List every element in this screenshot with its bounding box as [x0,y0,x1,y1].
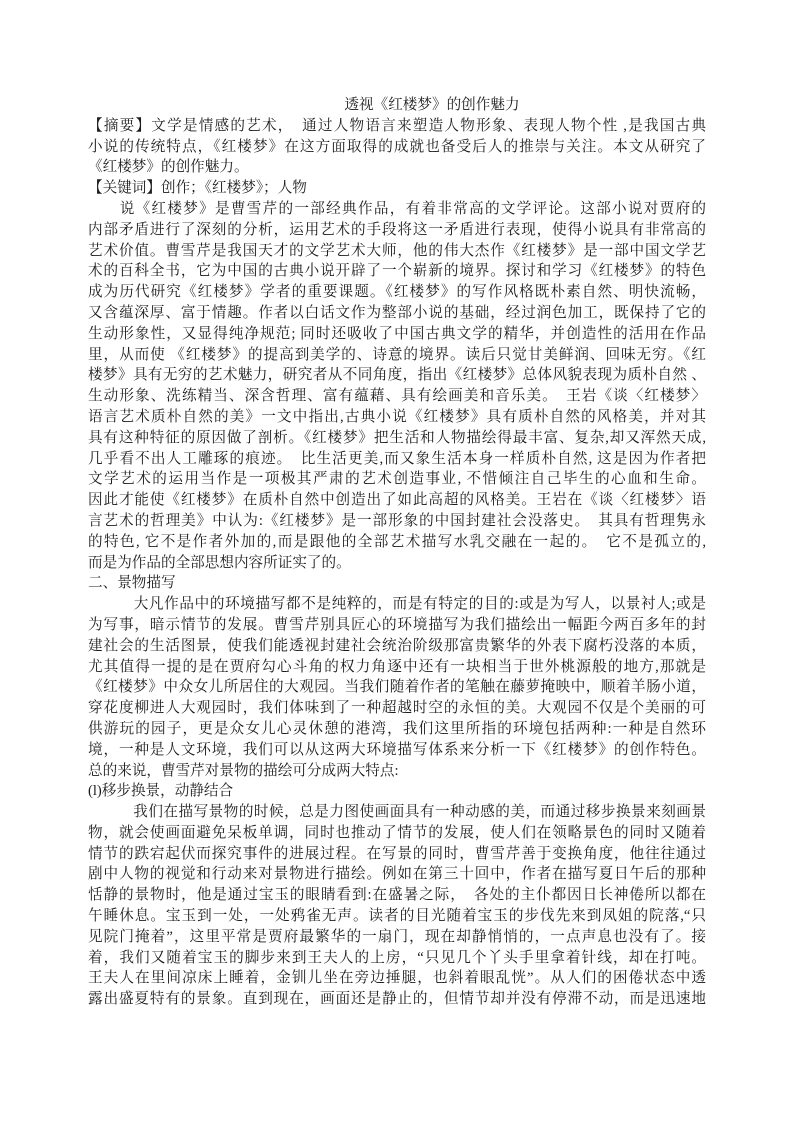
text-line: 午睡休息。宝玉到一处，一处鸦雀无声。读者的目光随着宝玉的步伐先来到凤姐的院落,“… [88,906,706,927]
document-page: 透视《红楼梦》的创作魅力 【摘要】文学是情感的艺术， 通过人物语言来塑造人物形象… [0,0,793,1122]
text-line: 露出盛夏特有的景象。直到现在，画面还是静止的，但情节却并没有停滞不动，而是迅速地 [88,989,706,1010]
text-line: 因此才能使《红楼梦》在质朴自然中创造出了如此高超的风格美。王岩在《谈〈红楼梦〉语 [88,490,706,511]
text-line: 的特色, 它不是作者外加的,而是跟他的全部艺术描写水乳交融在一起的。 它不是孤立… [88,532,706,553]
text-line: 王夫人在里间凉床上睡着，金钏儿坐在旁边捶腿，也斜着眼乱恍”。从人们的困倦状态中透 [88,968,706,989]
text-line: 供游玩的园子，更是众女儿心灵休憩的港湾，我们这里所指的环境包括两种:一种是自然环 [88,719,706,740]
text-line: 穿花度柳进人大观园时，我们体味到了一种超越时空的永恒的美。大观园不仅是个美丽的可 [88,698,706,719]
document-title: 透视《红楼梦》的创作魅力 [88,95,706,116]
text-line: 艺术价值。曹雪芹是我国天才的文学艺术大师，他的伟大杰作《红楼梦》是一部中国文学艺 [88,241,706,262]
text-line: 具有这种特征的原因做了剖析。《红楼梦》把生活和人物描绘得最丰富、复杂,却又浑然天… [88,428,706,449]
text-line: 为写事，暗示情节的发展。曹雪芹别具匠心的环境描写为我们描绘出一幅距今两百多年的封 [88,615,706,636]
text-line: 生动形象、洗练精当、深含哲理、富有蕴藉、具有绘画美和音乐美。 王岩《谈〈红楼梦〉 [88,386,706,407]
text-line: 恬静的景物时，他是通过宝玉的眼睛看到:在盛暑之际， 各处的主仆都因日长神倦所以都… [88,885,706,906]
text-line: 尤其值得一提的是在贾府勾心斗角的权力角逐中还有一块相当于世外桃源般的地方,那就是 [88,657,706,678]
text-line: 成为历代研究《红楼梦》学者的重要课题。《红楼梦》的写作风格既朴素自然、明快流畅， [88,282,706,303]
text-line: (l)移步换景，动静结合 [88,781,706,802]
text-line: 文学艺术的运用当作是一项极其严肃的艺术创造事业, 不惜倾注自己毕生的心血和生命。 [88,469,706,490]
text-line: 境，一种是人文环境，我们可以从这两大环境描写体系来分析一下《红楼梦》的创作特色。 [88,740,706,761]
text-line: 《红楼梦》中众女儿所居住的大观园。当我们随着作者的笔触在藤萝掩映中，顺着羊肠小道… [88,677,706,698]
text-line: 《红楼梦》的创作魅力。 [88,157,706,178]
text-line: 说《红楼梦》是曹雪芹的一部经典作品，有着非常高的文学评论。这部小说对贾府的 [88,199,706,220]
text-line: 建社会的生活图景，使我们能透视封建社会统治阶级那富贵繁华的外表下腐朽没落的本质， [88,636,706,657]
text-line: 而是为作品的全部思想内容所证实了的。 [88,553,706,574]
text-line: 物，就会使画面避免呆板单调，同时也推动了情节的发展，使人们在领略景色的同时又随着 [88,823,706,844]
text-line: 又含蕴深厚、富于情趣。作者以白话文作为整部小说的基础，经过润色加工，既保持了它的 [88,303,706,324]
document-text-block: 透视《红楼梦》的创作魅力 【摘要】文学是情感的艺术， 通过人物语言来塑造人物形象… [88,95,706,1010]
text-line: 着，我们又随着宝玉的脚步来到王夫人的上房，“只见几个丫头手里拿着针线，却在打吨。 [88,948,706,969]
text-line: 大凡作品中的环境描写都不是纯粹的，而是有特定的目的:或是为写人，以景衬人;或是 [88,594,706,615]
text-line: 见院门掩着”，这里平常是贾府最繁华的一扇门，现在却静悄悄的，一点声息也没有了。接 [88,927,706,948]
text-line: 【摘要】文学是情感的艺术， 通过人物语言来塑造人物形象、表现人物个性 ,是我国古… [88,116,706,137]
text-line: 楼梦》具有无穷的艺术魅力，研究者从不同角度，指出《红楼梦》总体风貌表现为质朴自然… [88,365,706,386]
text-line: 二、景物描写 [88,573,706,594]
text-line: 【关键词】创作；《红楼梦》；人物 [88,178,706,199]
text-line: 情节的跌宕起伏而探究事件的进展过程。在写景的同时，曹雪芹善于变换角度，他往往通过 [88,844,706,865]
text-line: 剧中人物的视觉和行动来对景物进行描绘。例如在第三十回中，作者在描写夏日午后的那种 [88,864,706,885]
text-line: 我们在描写景物的时候，总是力图使画面具有一种动感的美，而通过移步换景来刻画景 [88,802,706,823]
text-line: 几乎看不出人工雕琢的痕迹。 比生活更美,而又象生活本身一样质朴自然, 这是因为作… [88,449,706,470]
text-line: 总的来说，曹雪芹对景物的描绘可分成两大特点: [88,761,706,782]
text-line: 小说的传统特点，《红楼梦》在这方面取得的成就也备受后人的推崇与关注。本文从研究了 [88,137,706,158]
text-line: 里，从而使 《红楼梦》的提高到美学的、诗意的境界。读后只觉甘美鲜润、回味无穷。《… [88,345,706,366]
document-body: 【摘要】文学是情感的艺术， 通过人物语言来塑造人物形象、表现人物个性 ,是我国古… [88,116,706,1010]
text-line: 生动形象性，又显得纯净规范; 同时还吸收了中国古典文学的精华，并创造性的活用在作… [88,324,706,345]
text-line: 语言艺术质朴自然的美》一文中指出,古典小说《红楼梦》具有质朴自然的风格美，并对其 [88,407,706,428]
text-line: 内部矛盾进行了深刻的分析，运用艺术的手段将这一矛盾进行表现，使得小说具有非常高的 [88,220,706,241]
text-line: 术的百科全书，它为中国的古典小说开辟了一个崭新的境界。探讨和学习《红楼梦》的特色 [88,261,706,282]
text-line: 言艺术的哲理美》中认为:《红楼梦》是一部形象的中国封建社会没落史。 其具有哲理隽… [88,511,706,532]
